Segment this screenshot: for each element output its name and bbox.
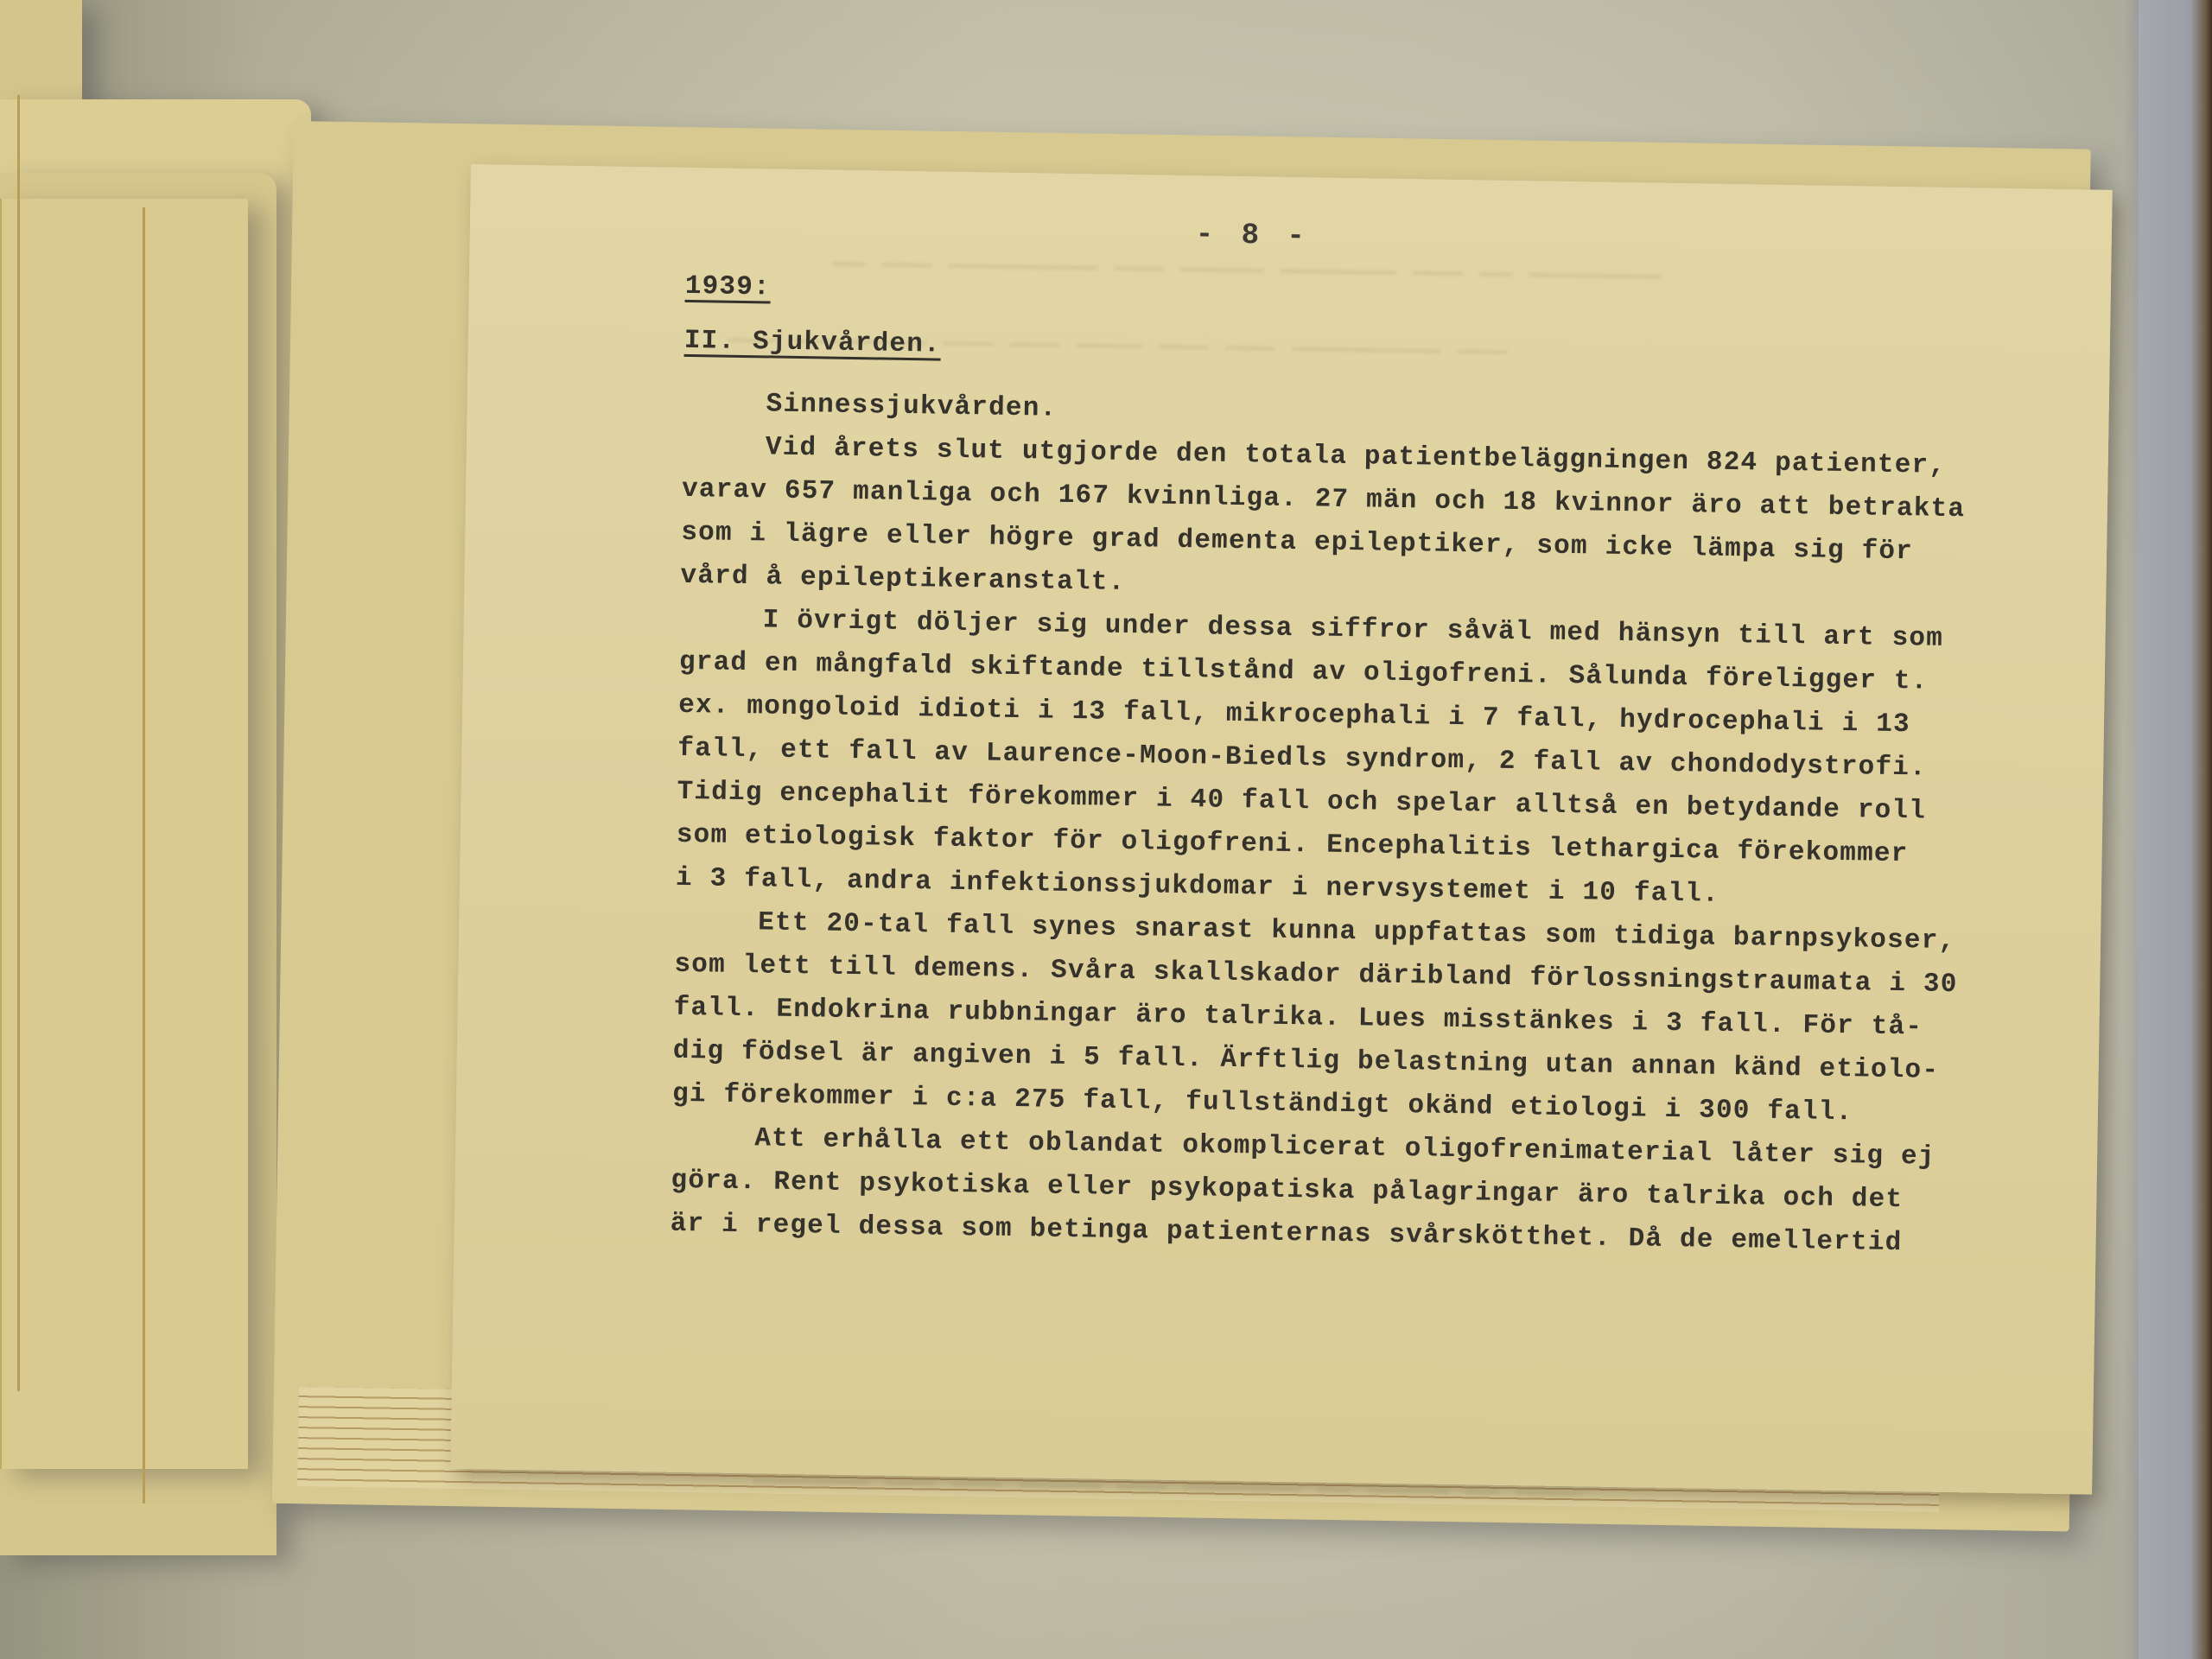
paper-edge-line (143, 207, 145, 1503)
paper-edge-line (17, 95, 20, 1391)
paragraph: Ett 20-tal fall synes snarast kunna uppf… (672, 900, 2075, 1138)
section-heading: II. Sjukvården. (684, 326, 2084, 378)
paragraph: Vid årets slut utgjorde den totala patie… (680, 425, 2082, 620)
page-number: - 8 - (1196, 219, 1311, 253)
typewritten-text: 1939: II. Sjukvården. Sinnessjukvården. … (670, 271, 2085, 1268)
paragraph: I övrigt döljer sig under dessa siffror … (676, 598, 2080, 922)
paragraph: Att erhålla ett oblandat okomplicerat ol… (670, 1116, 2071, 1268)
document-page: —— ——— ————————— ——— ————— ——————— ——— —… (450, 164, 2112, 1495)
right-edge-frame (2139, 0, 2212, 1659)
left-paper-stack-front (0, 199, 248, 1469)
